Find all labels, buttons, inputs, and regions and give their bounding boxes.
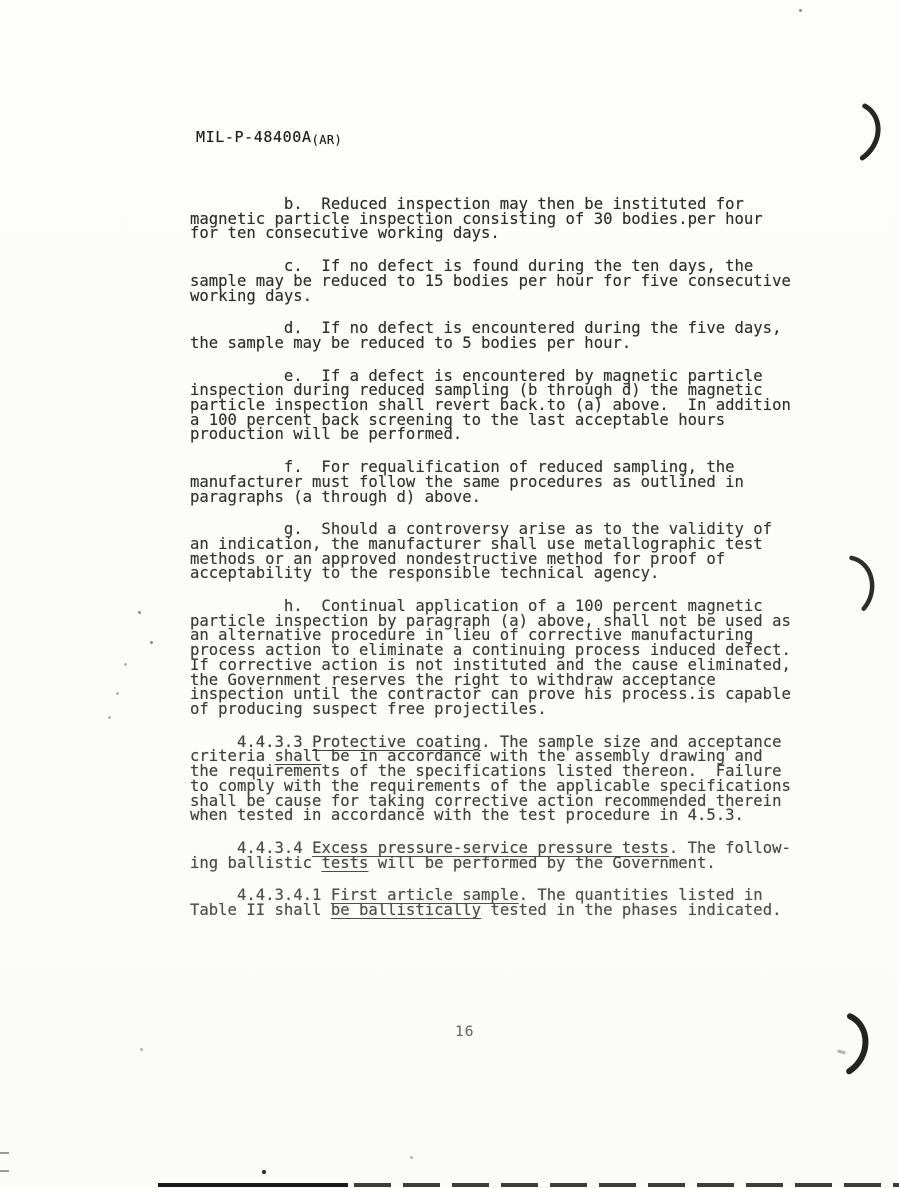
doc-number: MIL-P-48400A xyxy=(196,128,312,146)
text-segment: d. If no defect is encountered during th… xyxy=(190,319,781,352)
text-segment: f. For requalification of reduced sampli… xyxy=(190,458,744,505)
text-segment: c. If no defect is found during the ten … xyxy=(190,257,791,304)
section-4-4-3-4: 4.4.3.4 Excess pressure-service pressure… xyxy=(190,841,850,870)
scan-speckle xyxy=(108,716,111,719)
scan-speckle xyxy=(262,1170,266,1174)
scan-bottom-edge-solid xyxy=(158,1183,348,1187)
paragraph-e: e. If a defect is encountered by magneti… xyxy=(190,369,850,443)
paragraph-c: c. If no defect is found during the ten … xyxy=(190,259,850,303)
scan-speckle xyxy=(140,1048,143,1051)
doc-number-suffix: (AR) xyxy=(312,133,343,147)
section-4-4-3-3: 4.4.3.3 Protective coating. The sample s… xyxy=(190,735,850,823)
scan-speckle xyxy=(799,9,802,12)
text-segment: h. Continual application of a 100 percen… xyxy=(190,597,791,718)
paragraph-b: b. Reduced inspection may then be instit… xyxy=(190,197,850,241)
document-body: b. Reduced inspection may then be instit… xyxy=(190,197,850,936)
scan-speckle xyxy=(0,1152,9,1154)
text-segment: b. Reduced inspection may then be instit… xyxy=(190,195,763,242)
text-segment: tested in the phases indicated. xyxy=(481,901,781,919)
underlined-text: be ballistically xyxy=(331,901,481,919)
scan-speckle xyxy=(150,641,153,644)
document-id-header: MIL-P-48400A(AR) xyxy=(196,128,342,146)
scan-speckle xyxy=(138,611,141,614)
binder-mark-middle-icon xyxy=(844,548,891,617)
scan-speckle xyxy=(124,663,127,666)
scanned-document-page: MIL-P-48400A(AR) b. Reduced inspection m… xyxy=(0,0,899,1188)
underlined-text: tests xyxy=(321,854,368,872)
binder-mark-top-icon xyxy=(851,100,895,166)
paragraph-d: d. If no defect is encountered during th… xyxy=(190,321,850,350)
scan-speckle xyxy=(116,692,119,695)
text-segment: g. Should a controversy arise as to the … xyxy=(190,520,772,582)
text-segment: will be performed by the Government. xyxy=(368,854,715,872)
scan-speckle xyxy=(410,1156,413,1159)
text-segment: e. If a defect is encountered by magneti… xyxy=(190,367,791,444)
scan-speckle xyxy=(0,1170,9,1172)
paragraph-g: g. Should a controversy arise as to the … xyxy=(190,522,850,581)
page-number: 16 xyxy=(455,1024,474,1040)
section-4-4-3-4-1: 4.4.3.4.1 First article sample. The quan… xyxy=(190,888,850,917)
binder-mark-bottom-icon xyxy=(836,1011,884,1080)
paragraph-h: h. Continual application of a 100 percen… xyxy=(190,599,850,717)
paragraph-f: f. For requalification of reduced sampli… xyxy=(190,460,850,504)
